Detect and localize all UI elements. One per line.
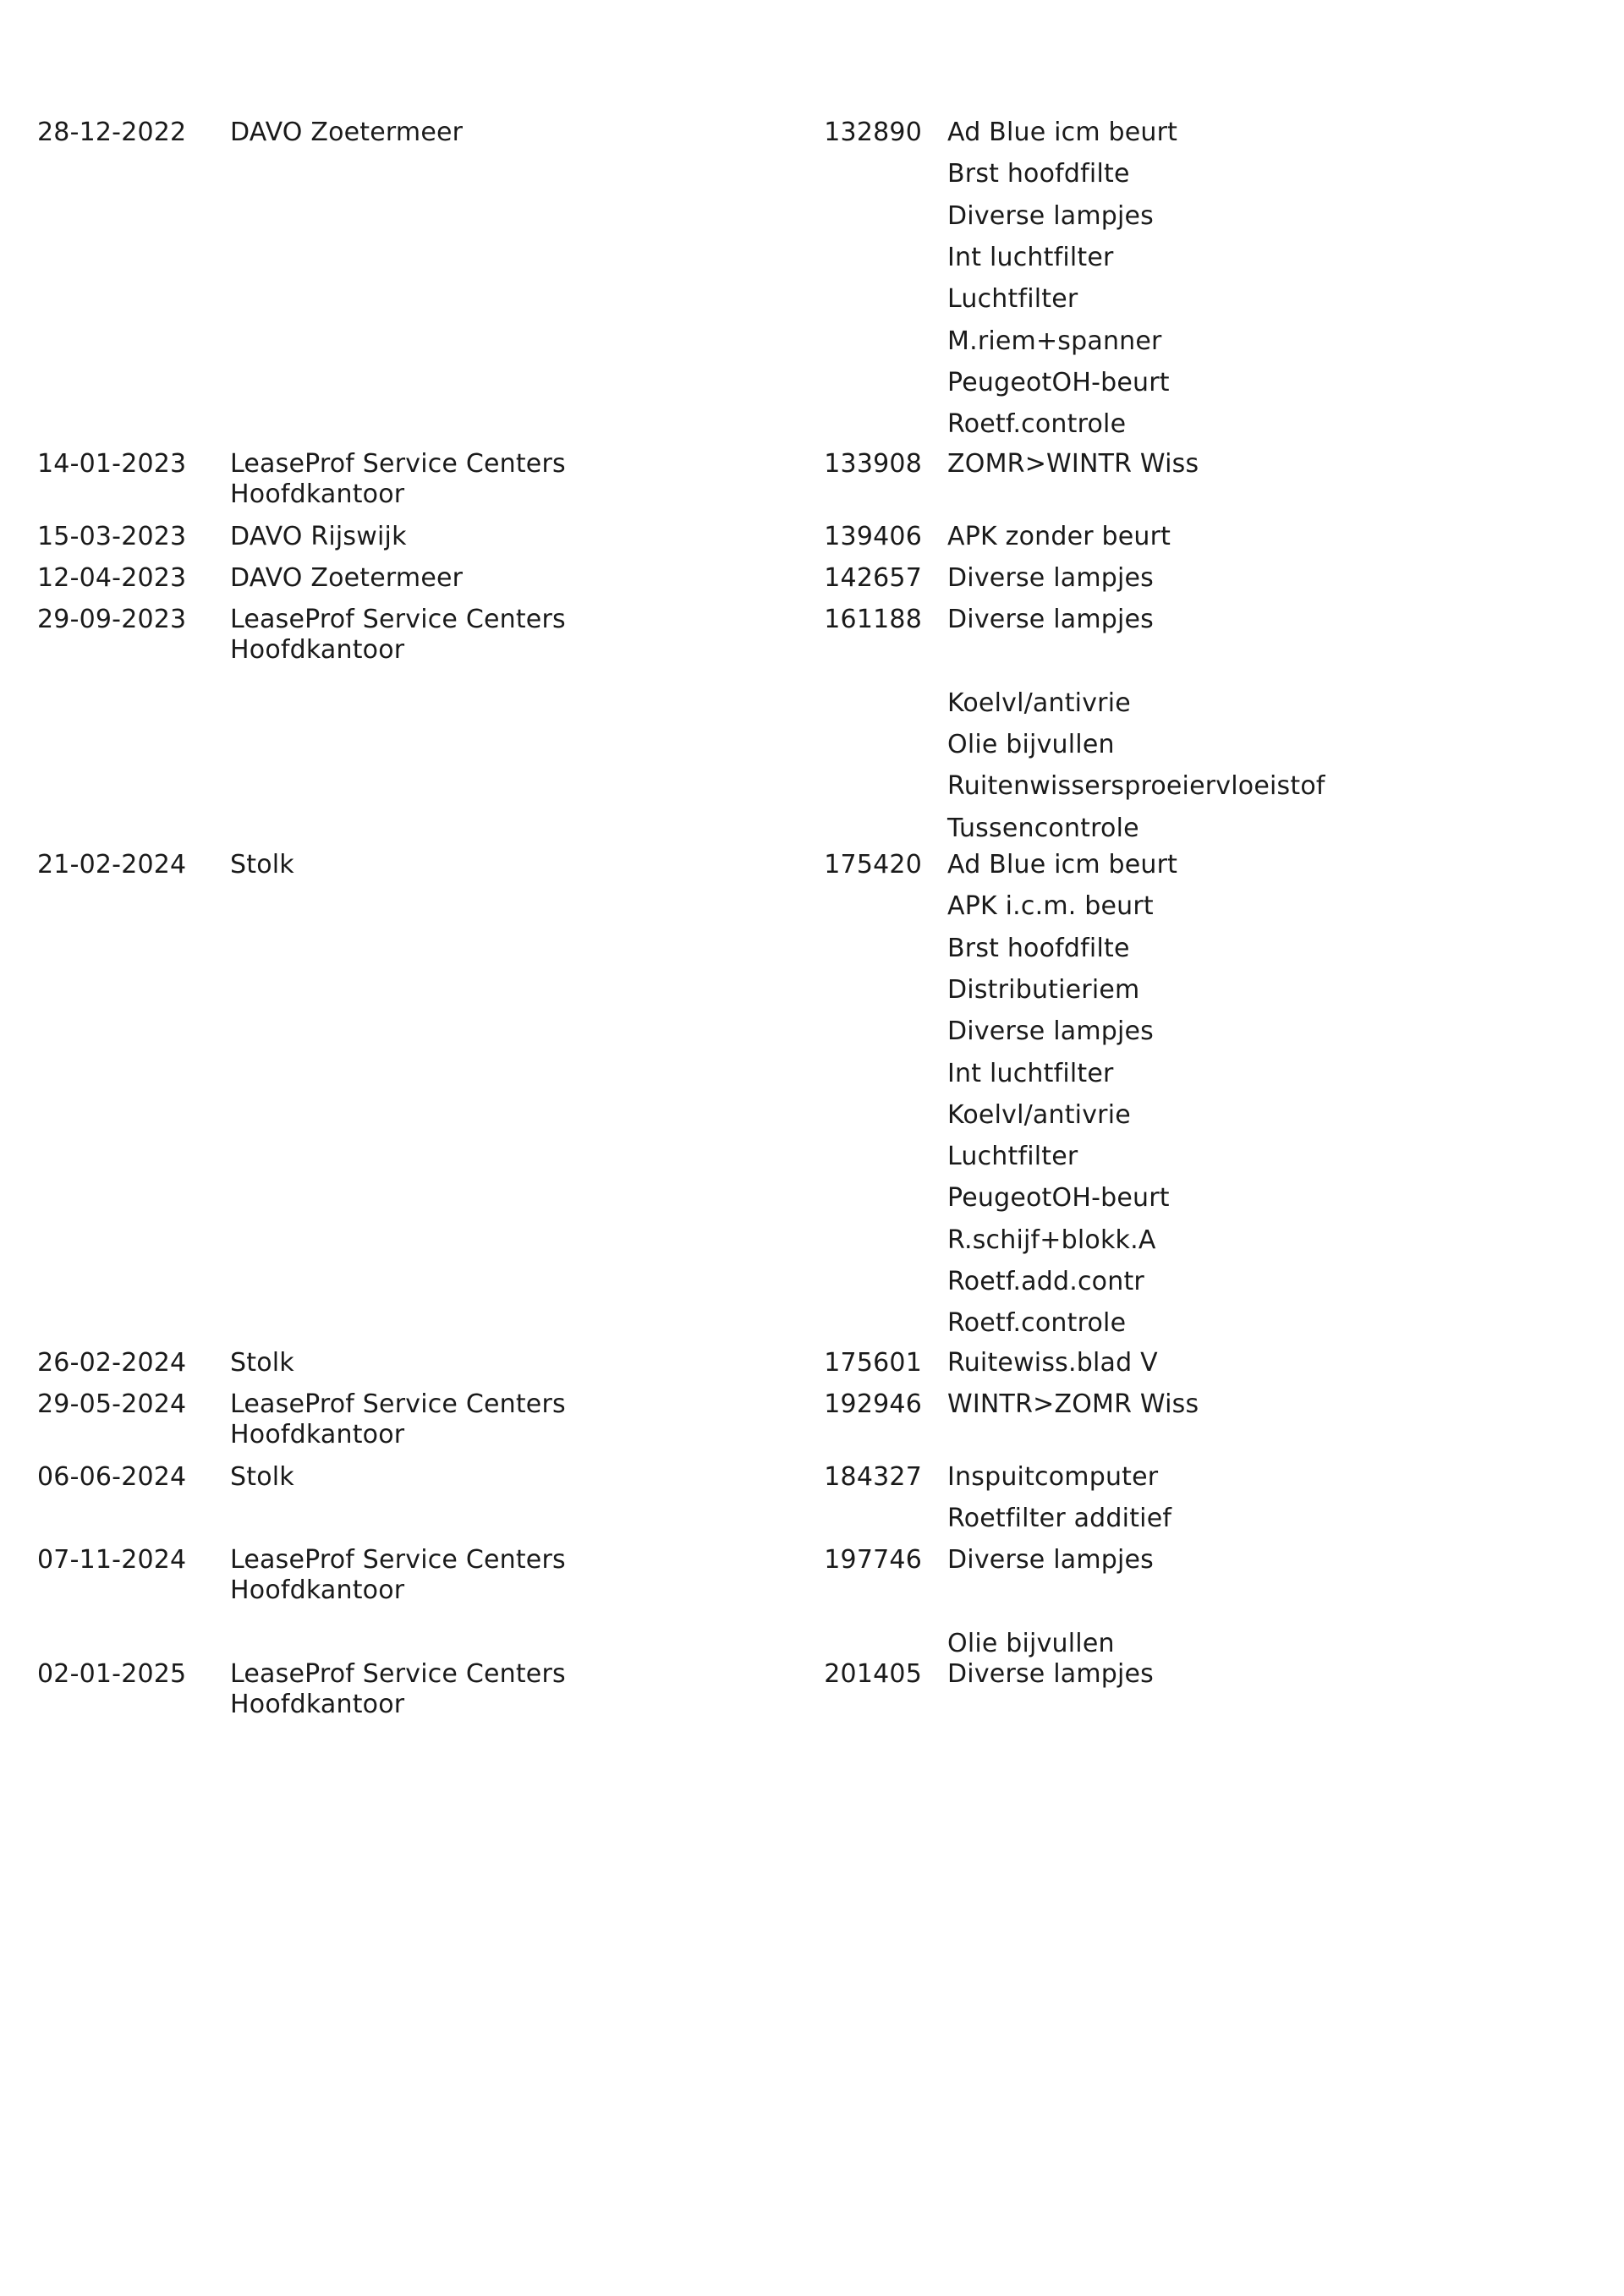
maintenance-history-page: 28-12-2022DAVO Zoetermeer132890Ad Blue i… (0, 0, 1624, 2296)
record-mileage: 201405 (824, 1659, 922, 1690)
record-mileage: 184327 (824, 1462, 922, 1493)
record-work-item: Ruitewiss.blad V (947, 1348, 1158, 1378)
record-location: LeaseProf Service Centers (230, 1389, 566, 1420)
record-mileage: 133908 (824, 449, 922, 479)
record-location: LeaseProf Service Centers (230, 605, 566, 635)
record-date: 26-02-2024 (37, 1348, 186, 1378)
record-work-item: Luchtfilter (947, 284, 1078, 315)
record-mileage: 175420 (824, 850, 922, 880)
record-date: 29-05-2024 (37, 1389, 186, 1420)
record-work-item: Koelvl/antivrie (947, 688, 1131, 719)
record-date: 29-09-2023 (37, 605, 186, 635)
record-work-item: ZOMR>WINTR Wiss (947, 449, 1199, 479)
record-work-item: Diverse lampjes (947, 1659, 1154, 1690)
record-date: 15-03-2023 (37, 522, 186, 552)
record-mileage: 161188 (824, 605, 922, 635)
record-work-item: Distributieriem (947, 975, 1139, 1006)
record-work-item: Tussencontrole (947, 814, 1139, 844)
record-date: 06-06-2024 (37, 1462, 186, 1493)
record-location: Stolk (230, 1348, 294, 1378)
record-work-item: Int luchtfilter (947, 243, 1114, 273)
record-location: Stolk (230, 1462, 294, 1493)
record-mileage: 192946 (824, 1389, 922, 1420)
record-work-item: Diverse lampjes (947, 563, 1154, 594)
record-work-item: Int luchtfilter (947, 1059, 1114, 1089)
record-work-item: R.schijf+blokk.A (947, 1225, 1156, 1256)
record-work-item: Diverse lampjes (947, 1016, 1154, 1047)
record-date: 07-11-2024 (37, 1545, 186, 1575)
record-work-item: Ad Blue icm beurt (947, 850, 1177, 880)
record-work-item: Olie bijvullen (947, 730, 1115, 760)
record-work-item: Diverse lampjes (947, 1545, 1154, 1575)
record-mileage: 142657 (824, 563, 922, 594)
record-date: 12-04-2023 (37, 563, 186, 594)
record-date: 28-12-2022 (37, 118, 186, 148)
record-work-item: Brst hoofdfilte (947, 159, 1130, 189)
record-location: DAVO Zoetermeer (230, 118, 463, 148)
record-date: 21-02-2024 (37, 850, 186, 880)
record-location: DAVO Zoetermeer (230, 563, 463, 594)
record-mileage: 139406 (824, 522, 922, 552)
record-work-item: Roetfilter additief (947, 1504, 1171, 1534)
record-mileage: 175601 (824, 1348, 922, 1378)
record-work-item: Olie bijvullen (947, 1629, 1115, 1659)
record-location: Hoofdkantoor (230, 635, 404, 666)
record-mileage: 132890 (824, 118, 922, 148)
record-location: Hoofdkantoor (230, 1690, 404, 1720)
record-work-item: Ad Blue icm beurt (947, 118, 1177, 148)
record-date: 02-01-2025 (37, 1659, 186, 1690)
record-date: 14-01-2023 (37, 449, 186, 479)
record-work-item: Luchtfilter (947, 1142, 1078, 1172)
record-work-item: Koelvl/antivrie (947, 1100, 1131, 1131)
record-mileage: 197746 (824, 1545, 922, 1575)
record-work-item: WINTR>ZOMR Wiss (947, 1389, 1199, 1420)
record-location: LeaseProf Service Centers (230, 449, 566, 479)
record-location: LeaseProf Service Centers (230, 1545, 566, 1575)
record-location: Hoofdkantoor (230, 1420, 404, 1450)
record-work-item: APK i.c.m. beurt (947, 891, 1154, 922)
record-location: DAVO Rijswijk (230, 522, 407, 552)
record-location: Hoofdkantoor (230, 1575, 404, 1606)
record-location: Stolk (230, 850, 294, 880)
record-work-item: Diverse lampjes (947, 201, 1154, 232)
record-work-item: Inspuitcomputer (947, 1462, 1158, 1493)
record-work-item: PeugeotOH-beurt (947, 1183, 1170, 1214)
record-work-item: Roetf.controle (947, 1308, 1126, 1339)
record-work-item: Brst hoofdfilte (947, 934, 1130, 964)
record-work-item: Ruitenwissersproeiervloeistof (947, 771, 1325, 802)
record-work-item: APK zonder beurt (947, 522, 1171, 552)
record-work-item: Diverse lampjes (947, 605, 1154, 635)
record-location: LeaseProf Service Centers (230, 1659, 566, 1690)
record-work-item: PeugeotOH-beurt (947, 368, 1170, 398)
record-work-item: M.riem+spanner (947, 326, 1162, 357)
record-work-item: Roetf.add.contr (947, 1267, 1144, 1297)
record-work-item: Roetf.controle (947, 409, 1126, 440)
record-location: Hoofdkantoor (230, 479, 404, 510)
